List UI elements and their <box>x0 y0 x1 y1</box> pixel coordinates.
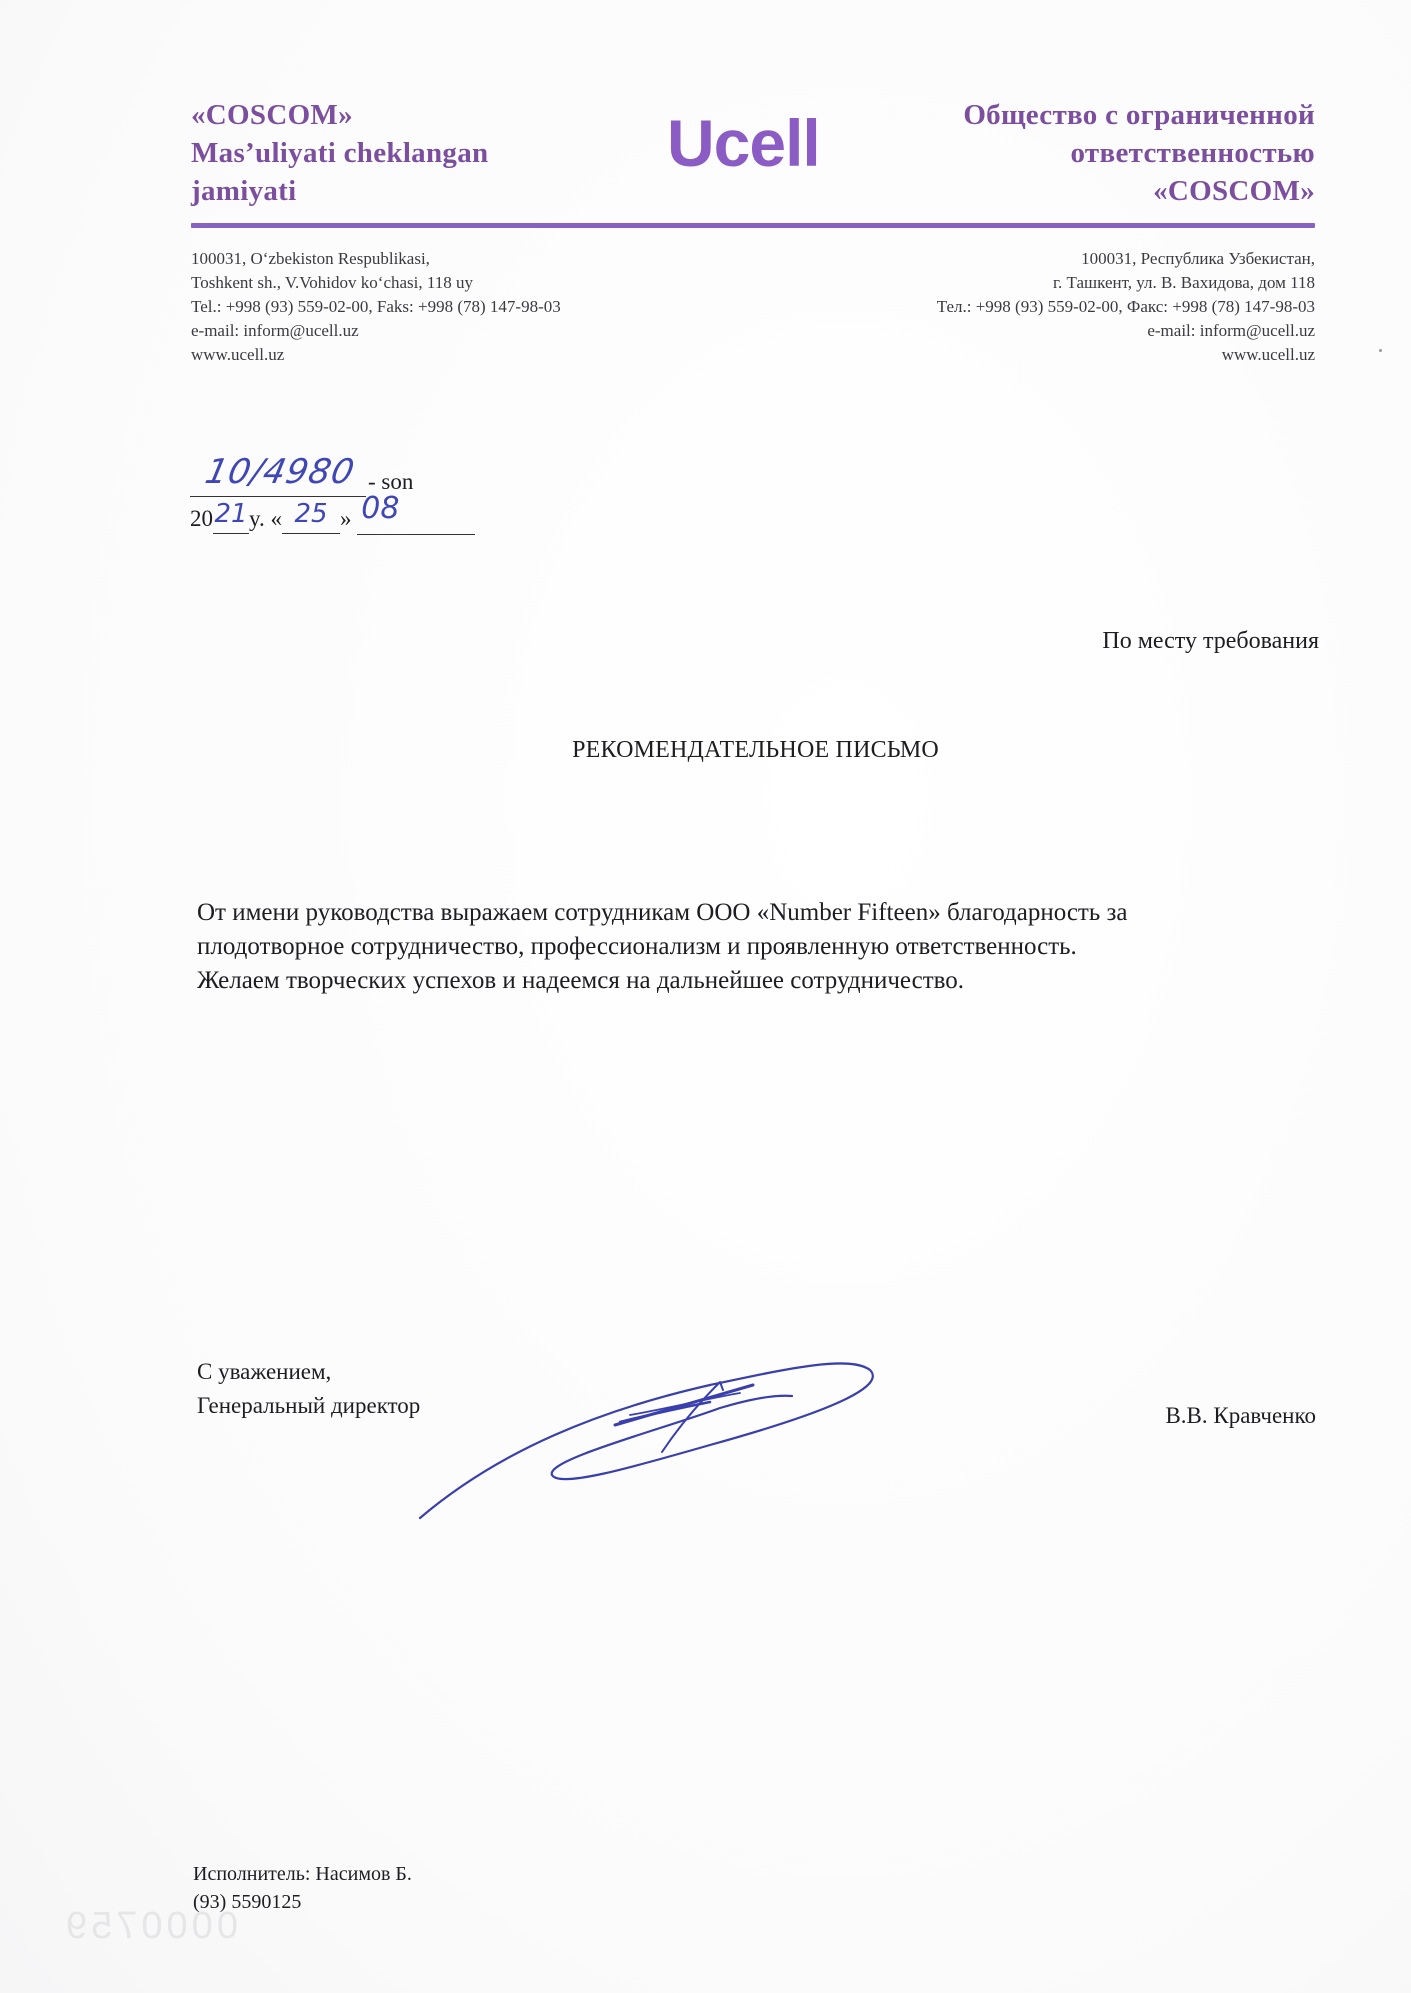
body-line: плодотворное сотрудничество, профессиона… <box>197 930 1327 964</box>
address-ru-line: г. Ташкент, ул. В. Вахидова, дом 118 <box>937 271 1315 295</box>
address-uz-website: www.ucell.uz <box>191 343 561 367</box>
outgoing-reference: 10/4980 - son 2021y. «25» 08 <box>190 452 520 542</box>
company-name-ru-line-3: «COSCOM» <box>963 172 1315 210</box>
body-line: От имени руководства выражаем сотрудника… <box>197 896 1327 930</box>
addressee: По месту требования <box>1102 628 1319 655</box>
reference-number-handwritten: 10/4980 <box>202 452 359 492</box>
company-name-ru-line-2: ответственностью <box>963 134 1315 172</box>
date-month-handwritten: 08 <box>361 491 399 526</box>
document-title: РЕКОМЕНДАТЕЛЬНОЕ ПИСЬМО <box>0 737 1411 764</box>
letter-page: «COSCOM» Mas’uliyati cheklangan jamiyati… <box>0 0 1411 1993</box>
date-year-suffix: y. « <box>249 506 282 532</box>
date-year-handwritten: 21 <box>214 499 247 529</box>
company-name-russian: Общество с ограниченной ответственностью… <box>963 96 1315 210</box>
address-uz-line: 100031, O‘zbekiston Respublikasi, <box>191 247 561 271</box>
bleed-through-serial-number: 0000759 <box>62 1905 238 1948</box>
date-day-field: 25 <box>282 503 340 534</box>
date-year-field: 21 <box>213 503 249 534</box>
handwritten-signature <box>380 1330 980 1530</box>
date-day-suffix: » <box>340 506 352 532</box>
company-name-uzbek: «COSCOM» Mas’uliyati cheklangan jamiyati <box>191 96 488 210</box>
company-name-uz-line-2: Mas’uliyati cheklangan <box>191 134 488 172</box>
paper-speck <box>1379 349 1382 352</box>
address-uzbek: 100031, O‘zbekiston Respublikasi, Toshke… <box>191 247 561 367</box>
company-name-uz-line-3: jamiyati <box>191 172 488 210</box>
ucell-logo: Ucell <box>667 108 820 178</box>
body-line: Желаем творческих успехов и надеемся на … <box>197 964 1327 998</box>
letterhead-divider <box>191 223 1315 228</box>
company-name-ru-line-1: Общество с ограниченной <box>963 96 1315 134</box>
date-year-prefix: 20 <box>190 506 213 532</box>
date-day-handwritten: 25 <box>294 499 327 529</box>
reference-date: 2021y. «25» 08 <box>190 499 475 535</box>
address-russian: 100031, Республика Узбекистан, г. Ташкен… <box>937 247 1315 367</box>
executor-name: Исполнитель: Насимов Б. <box>193 1860 412 1888</box>
address-uz-line: Toshkent sh., V.Vohidov ko‘chasi, 118 uy <box>191 271 561 295</box>
reference-number-underline <box>190 496 366 497</box>
address-ru-phone: Тел.: +998 (93) 559-02-00, Факс: +998 (7… <box>937 295 1315 319</box>
letter-body: От имени руководства выражаем сотрудника… <box>197 896 1327 998</box>
address-uz-email: e-mail: inform@ucell.uz <box>191 319 561 343</box>
company-name-uz-line-1: «COSCOM» <box>191 96 488 134</box>
address-ru-website: www.ucell.uz <box>937 343 1315 367</box>
date-month-field: 08 <box>357 499 475 535</box>
address-ru-email: e-mail: inform@ucell.uz <box>937 319 1315 343</box>
address-uz-phone: Tel.: +998 (93) 559-02-00, Faks: +998 (7… <box>191 295 561 319</box>
signer-name: В.В. Кравченко <box>1165 1403 1316 1429</box>
address-ru-line: 100031, Республика Узбекистан, <box>937 247 1315 271</box>
